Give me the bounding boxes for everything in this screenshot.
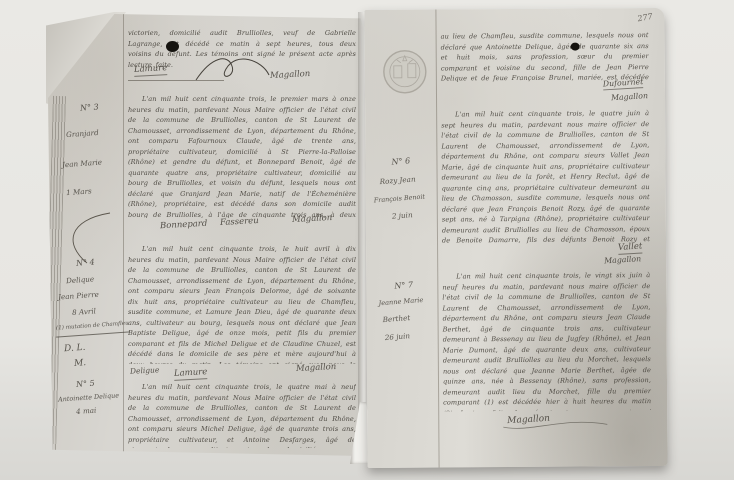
deceased-name-2: François Benoit: [374, 191, 444, 204]
signature-underline: [128, 80, 224, 81]
register-book: N° 3 Granjard Jean Marie 1 Mars N° 4 Del…: [44, 6, 672, 468]
act-number: N° 7: [394, 278, 447, 291]
deceased-name-2: Berthet: [382, 310, 447, 324]
embossed-seal-stamp: [381, 48, 429, 96]
signature-vallet: Vallet: [618, 241, 643, 254]
signature-bonnepard: Bonnepard: [160, 219, 208, 231]
paraph-initial-m: M.: [74, 355, 131, 369]
act-7-text: L'an mil huit cent cinquante trois, le v…: [442, 270, 651, 411]
act-5-begin-text: L'an mil huit cent cinquante trois, le q…: [128, 382, 356, 448]
scanned-register-spread: N° 3 Granjard Jean Marie 1 Mars N° 4 Del…: [0, 0, 734, 480]
margin-note-act3: N° 3 Granjard Jean Marie 1 Mars: [66, 102, 128, 195]
margin-note-act4: N° 4 Delique Jean Pierre 8 Avril (1) mut…: [64, 257, 130, 367]
signature-lamure: Lamure: [134, 63, 168, 77]
act-date: 8 Avril: [72, 304, 130, 317]
margin-note-act5: N° 5 Antoinette Delique 4 mai: [58, 378, 132, 414]
left-page: N° 3 Granjard Jean Marie 1 Mars N° 4 Del…: [48, 14, 364, 456]
signature-fassereu: Fassereu: [220, 216, 259, 228]
signature-magallon: Magallon: [604, 254, 641, 265]
signature-magallon: Magallon: [296, 362, 337, 374]
ink-blot: [166, 41, 179, 52]
paraph-initials: D. L.: [64, 340, 131, 355]
act-6-text: L'an mil huit cent cinquante trois, le q…: [441, 108, 650, 245]
signature-magallon: Magallon: [611, 91, 648, 102]
act-date: 1 Mars: [66, 184, 128, 197]
signature-magallon: Magallon: [292, 213, 333, 225]
act-number: N° 5: [76, 376, 132, 389]
act-3-text: L'an mil huit cent cinquante trois, le p…: [128, 94, 356, 218]
margin-note-act6: N° 6 Rozy Jean François Benoit 2 juin: [379, 156, 443, 219]
act-number: N° 3: [80, 100, 129, 112]
deceased-name: Rozy Jean: [379, 172, 444, 186]
signature-flourish-tail: [501, 412, 611, 433]
deceased-name-2: Jean Pierre: [58, 287, 130, 301]
ink-blot: [571, 43, 580, 51]
signature-magallon: Magallon: [270, 69, 311, 81]
deceased-name: Granjard: [66, 126, 128, 139]
act-4-text: L'an mil huit cent cinquante trois, le h…: [128, 244, 356, 364]
deceased-name: Delique: [66, 272, 130, 285]
notary-paraph-flourish: [190, 54, 274, 86]
margin-note-act7: N° 7 Jeanne Marie Berthet 26 juin: [382, 279, 446, 339]
signature-deligue: Deligue: [130, 365, 160, 376]
act-number: N° 4: [76, 255, 130, 268]
signature-dufournet: Dufournet: [603, 77, 644, 90]
page-number: 277: [636, 12, 653, 24]
act-number: N° 6: [391, 154, 444, 167]
margin-rule: [435, 10, 439, 468]
deceased-name: Antoinette Delique: [58, 390, 132, 403]
deceased-name-2: Jean Marie: [62, 156, 128, 170]
deceased-name: Jeanne Marie: [378, 294, 446, 307]
signature-lamure: Lamure: [174, 367, 208, 381]
right-page: 277 N° 6 Rozy Jean François Benoit 2 jui…: [364, 8, 667, 468]
act-5-end-text: au lieu de Chamfleu, susdite commune, le…: [441, 30, 649, 83]
